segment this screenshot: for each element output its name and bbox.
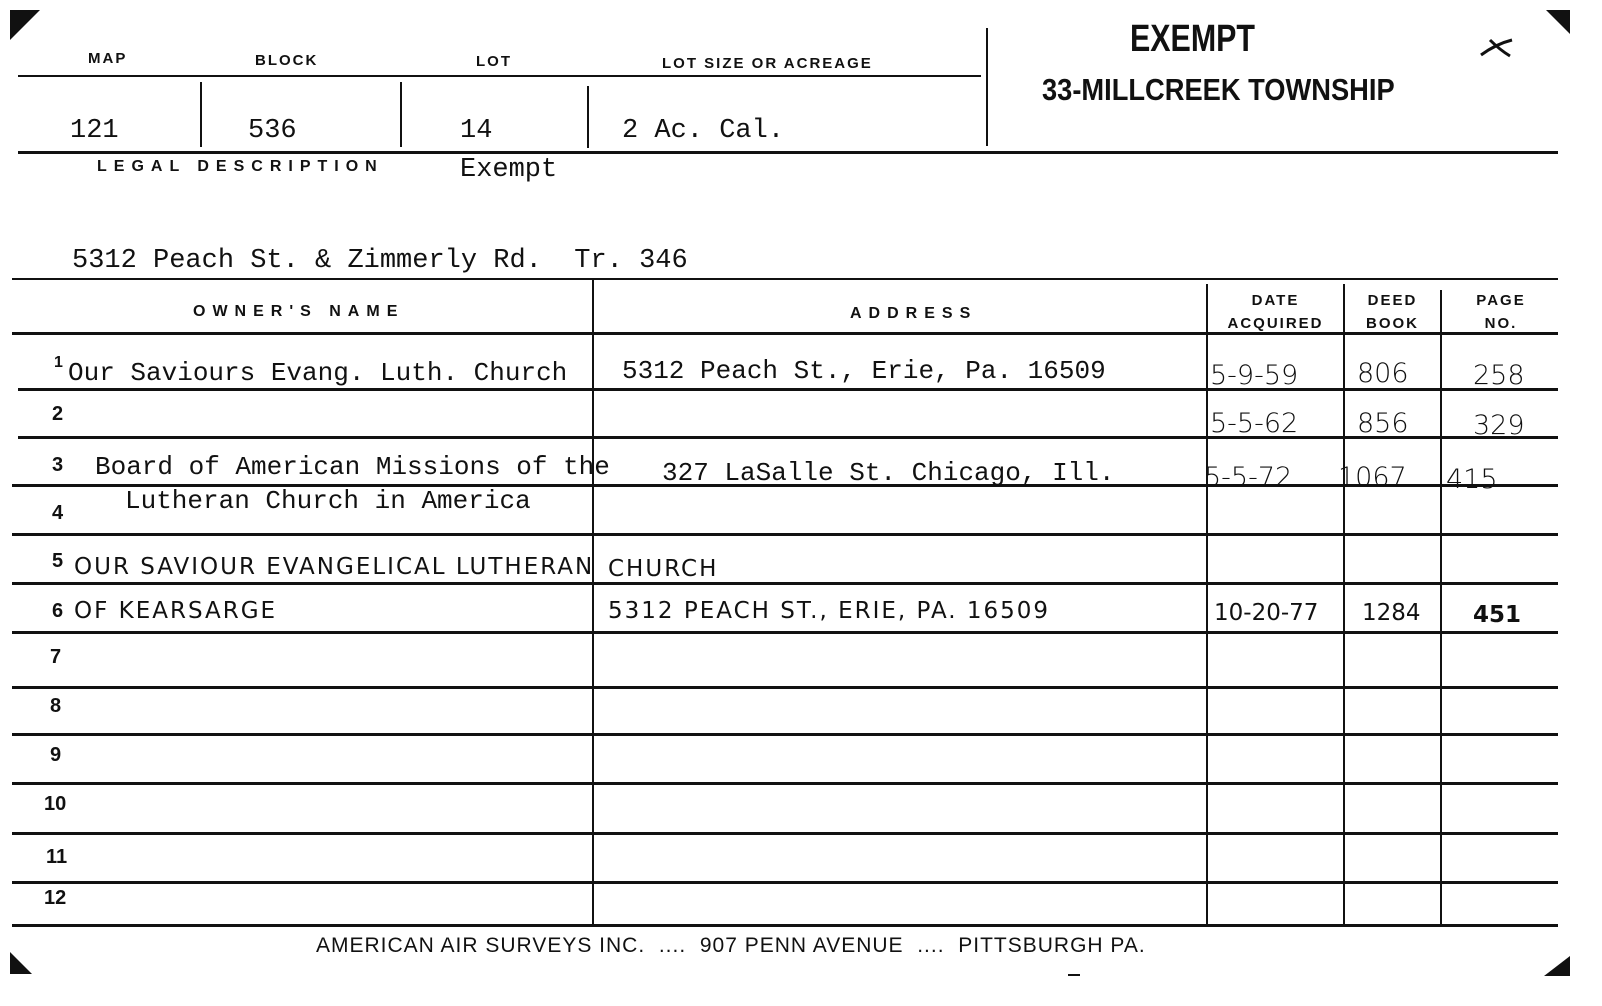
col-header-deed-line2: BOOK [1345,312,1440,335]
row-number-4: 4 [52,502,63,525]
row-6-owner: of Kearsarge [74,598,277,624]
col-header-owner: OWNER'S NAME [193,303,404,321]
exempt-stamp: EXEMPT [1130,18,1255,61]
row-number-7: 7 [50,646,61,669]
row-number-3: 3 [52,454,63,477]
row-1-date: 5-9-59 [1210,360,1298,391]
col-divider-date-deed [1343,284,1345,926]
row-number-2: 2 [52,403,63,426]
row-1-address: 5312 Peach St., Erie, Pa. 16509 [622,356,1106,386]
row-5-owner: Our Saviour Evangelical Lutheran [74,554,594,580]
row-rule-4 [12,533,1558,536]
row-number-10: 10 [44,793,66,816]
row-5-address: Church [608,556,718,582]
header-divider-stamp [986,28,988,146]
col-header-deed-book: DEED BOOK [1345,289,1440,335]
lot-size-label: LOT SIZE OR ACREAGE [662,55,873,72]
table-top-rule [12,278,1558,280]
row-1-owner: Our Saviours Evang. Luth. Church [68,358,567,388]
township-stamp: 33-MILLCREEK TOWNSHIP [1042,72,1395,108]
row-6-date: 10-20-77 [1214,600,1318,626]
header-divider-2 [400,82,402,147]
row-rule-8 [12,733,1558,736]
row-number-6: 6 [52,600,63,623]
row-3-deed-book: 1067 [1338,462,1407,493]
col-header-page-no: PAGE NO. [1442,289,1560,335]
corner-mark-top-left [10,10,40,40]
corner-mark-bottom-left [10,952,32,974]
lot-value: 14 [460,116,492,146]
row-number-12: 12 [44,887,66,910]
col-header-page-line2: NO. [1442,312,1560,335]
legal-description-value: Exempt [460,155,557,185]
footer-tick [1068,974,1080,976]
row-6-address: 5312 Peach St., Erie, Pa. 16509 [608,598,1050,624]
row-rule-7 [12,686,1558,689]
row-3-address: 327 LaSalle St. Chicago, Ill. [662,458,1114,488]
col-divider-deed-page [1440,290,1442,926]
row-3-date: 5-5-72 [1204,462,1292,493]
row-rule-12 [12,924,1558,927]
row-number-9: 9 [50,744,61,767]
row-rule-5 [12,582,1558,585]
row-rule-10 [12,832,1558,835]
lot-size-value: 2 Ac. Cal. [622,116,784,146]
row-3-owner: Board of American Missions of the [95,452,610,482]
row-rule-2 [18,436,1558,439]
header-divider-3 [587,86,589,148]
col-header-page-line1: PAGE [1442,289,1560,312]
row-rule-9 [12,782,1558,785]
header-bottom-rule [18,151,1558,154]
row-2-deed-book: 856 [1357,408,1409,439]
row-6-deed-book: 1284 [1362,600,1421,626]
header-divider-1 [200,82,202,147]
row-2-date: 5-5-62 [1210,408,1298,439]
corner-mark-top-right [1546,10,1570,34]
row-6-page: 451 [1473,602,1521,628]
col-header-deed-line1: DEED [1345,289,1440,312]
row-1-deed-book: 806 [1357,358,1409,389]
block-label: BLOCK [255,52,318,69]
col-header-date-line1: DATE [1208,289,1343,312]
col-header-date: DATE ACQUIRED [1208,289,1343,335]
col-header-address: ADDRESS [850,305,977,323]
row-rule-6 [12,631,1558,634]
row-number-8: 8 [50,695,61,718]
row-3-page: 415 [1446,464,1498,495]
lot-label: LOT [476,53,512,70]
check-x-mark-icon [1478,30,1518,60]
property-location: 5312 Peach St. & Zimmerly Rd. Tr. 346 [72,246,688,276]
row-number-5: 5 [52,550,63,573]
col-header-date-line2: ACQUIRED [1208,312,1343,335]
row-1-page: 258 [1473,360,1525,391]
row-number-11: 11 [46,846,67,869]
row-2-page: 329 [1473,410,1525,441]
corner-mark-bottom-right [1544,956,1570,976]
col-divider-owner-address [592,280,594,926]
row-4-owner: Lutheran Church in America [125,486,531,516]
block-value: 536 [248,116,297,146]
map-label: MAP [88,50,127,67]
row-rule-1 [18,388,1558,391]
printer-imprint: AMERICAN AIR SURVEYS INC. .... 907 PENN … [316,934,1146,958]
header-top-rule [18,75,981,77]
col-divider-address-date [1206,284,1208,926]
row-rule-11 [12,881,1558,884]
row-number-1: 1 [54,354,63,372]
map-value: 121 [70,116,119,146]
legal-description-label: LEGAL DESCRIPTION [97,158,384,176]
